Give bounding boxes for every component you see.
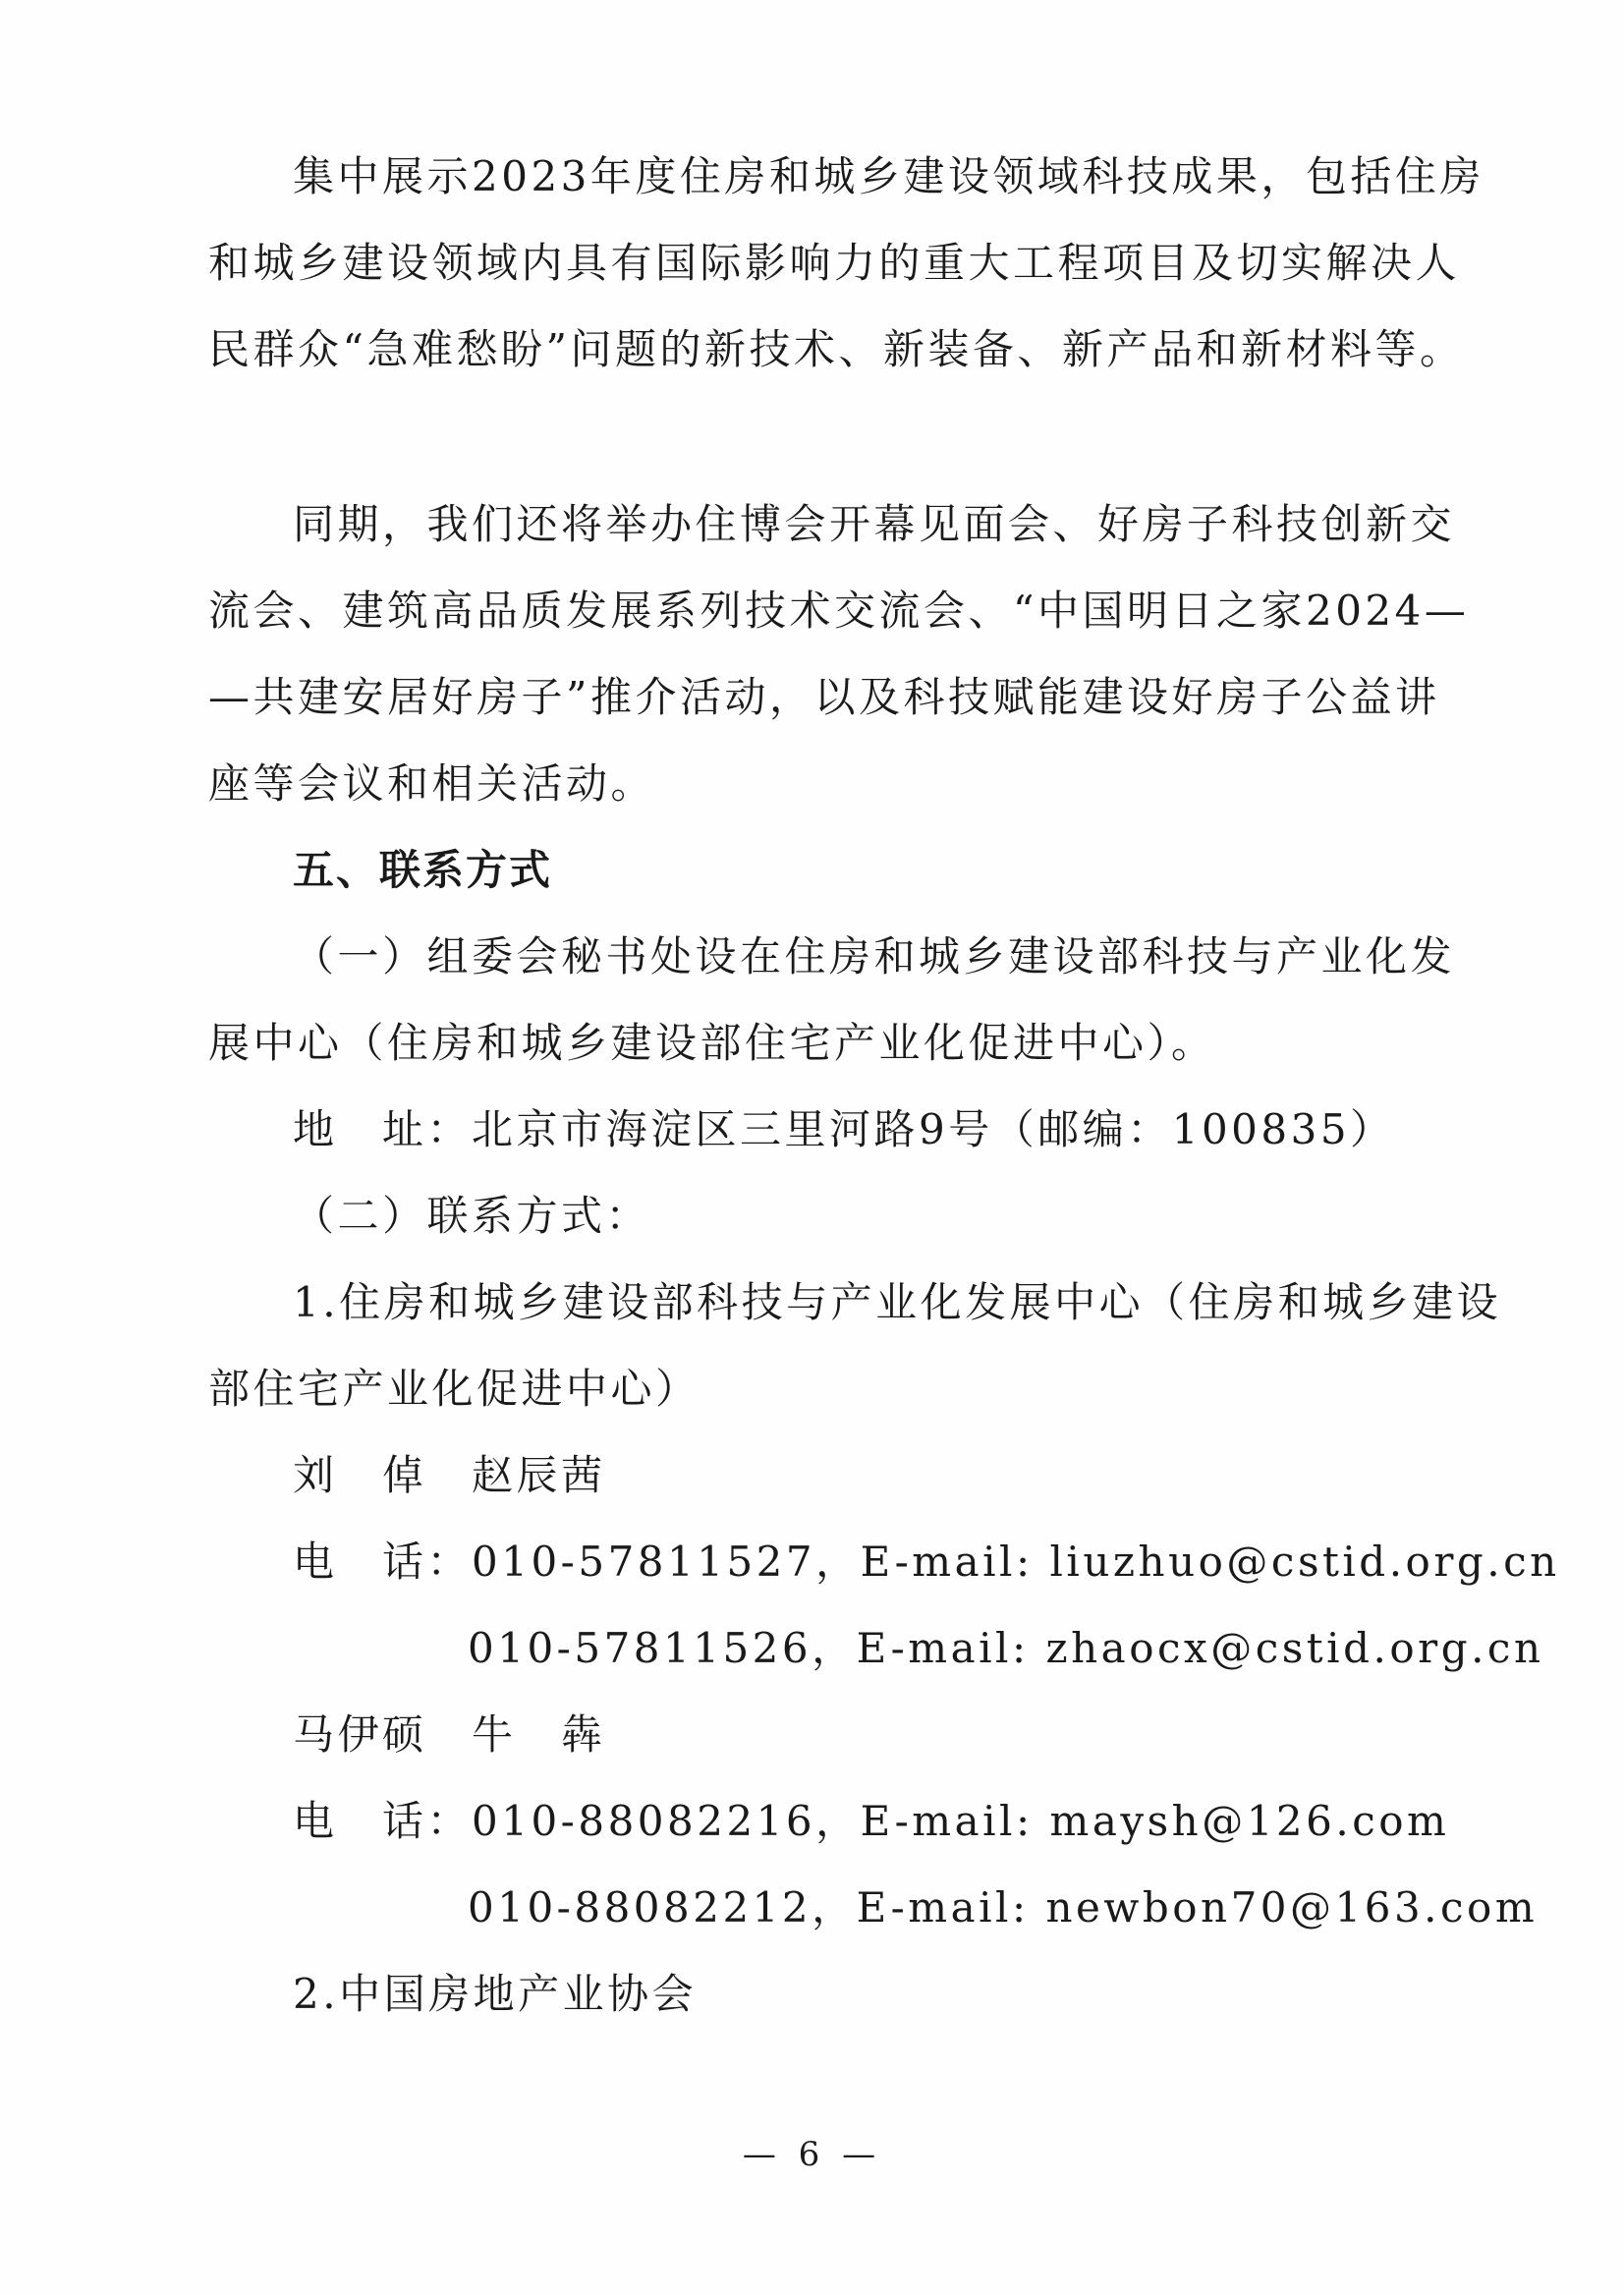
subsection1-line2: 展中心（住房和城乡建设部住宅产业化促进中心）。: [208, 1019, 1216, 1068]
contact-phone-email-1: 电 话：010-57811527，E-mail: liuzhuo@cstid.o…: [293, 1538, 1560, 1587]
paragraph2-line1: 同期，我们还将举办住博会开幕见面会、好房子科技创新交: [293, 500, 1455, 549]
org1-line1: 1.住房和城乡建设部科技与产业化发展中心（住房和城乡建设: [293, 1278, 1501, 1327]
page-number: — 6 —: [0, 2135, 1624, 2174]
paragraph1-line2: 和城乡建设领域内具有国际影响力的重大工程项目及切实解决人: [208, 239, 1460, 288]
contact-names-group1: 刘 倬 赵辰茜: [293, 1451, 606, 1500]
subsection2-heading: （二）联系方式：: [293, 1192, 650, 1241]
section-heading: 五、联系方式: [293, 846, 552, 895]
subsection1-line1: （一）组委会秘书处设在住房和城乡建设部科技与产业化发: [293, 932, 1455, 981]
contact-phone-email-4: 010-88082212，E-mail: newbon70@163.com: [468, 1883, 1538, 1932]
org1-line2: 部住宅产业化促进中心）: [208, 1365, 700, 1414]
paragraph2-line3: —共建安居好房子”推介活动，以及科技赋能建设好房子公益讲: [208, 673, 1439, 722]
paragraph2-line2: 流会、建筑高品质发展系列技术交流会、“中国明日之家2024—: [208, 587, 1469, 636]
document-page: 集中展示2023年度住房和城乡建设领域科技成果，包括住房 和城乡建设领域内具有国…: [0, 0, 1624, 2295]
address-line: 地 址：北京市海淀区三里河路9号（邮编：100835）: [293, 1105, 1395, 1154]
contact-names-group2: 马伊硕 牛 犇: [293, 1710, 606, 1760]
contact-phone-email-3: 电 话：010-88082216，E-mail: maysh@126.com: [293, 1797, 1449, 1846]
org2-line: 2.中国房地产业协会: [293, 1970, 697, 2019]
paragraph2-line4: 座等会议和相关活动。: [208, 759, 655, 809]
contact-phone-email-2: 010-57811526，E-mail: zhaocx@cstid.org.cn: [468, 1624, 1544, 1673]
paragraph1-line1: 集中展示2023年度住房和城乡建设领域科技成果，包括住房: [293, 152, 1484, 201]
paragraph1-line3: 民群众“急难愁盼”问题的新技术、新装备、新产品和新材料等。: [208, 325, 1464, 374]
